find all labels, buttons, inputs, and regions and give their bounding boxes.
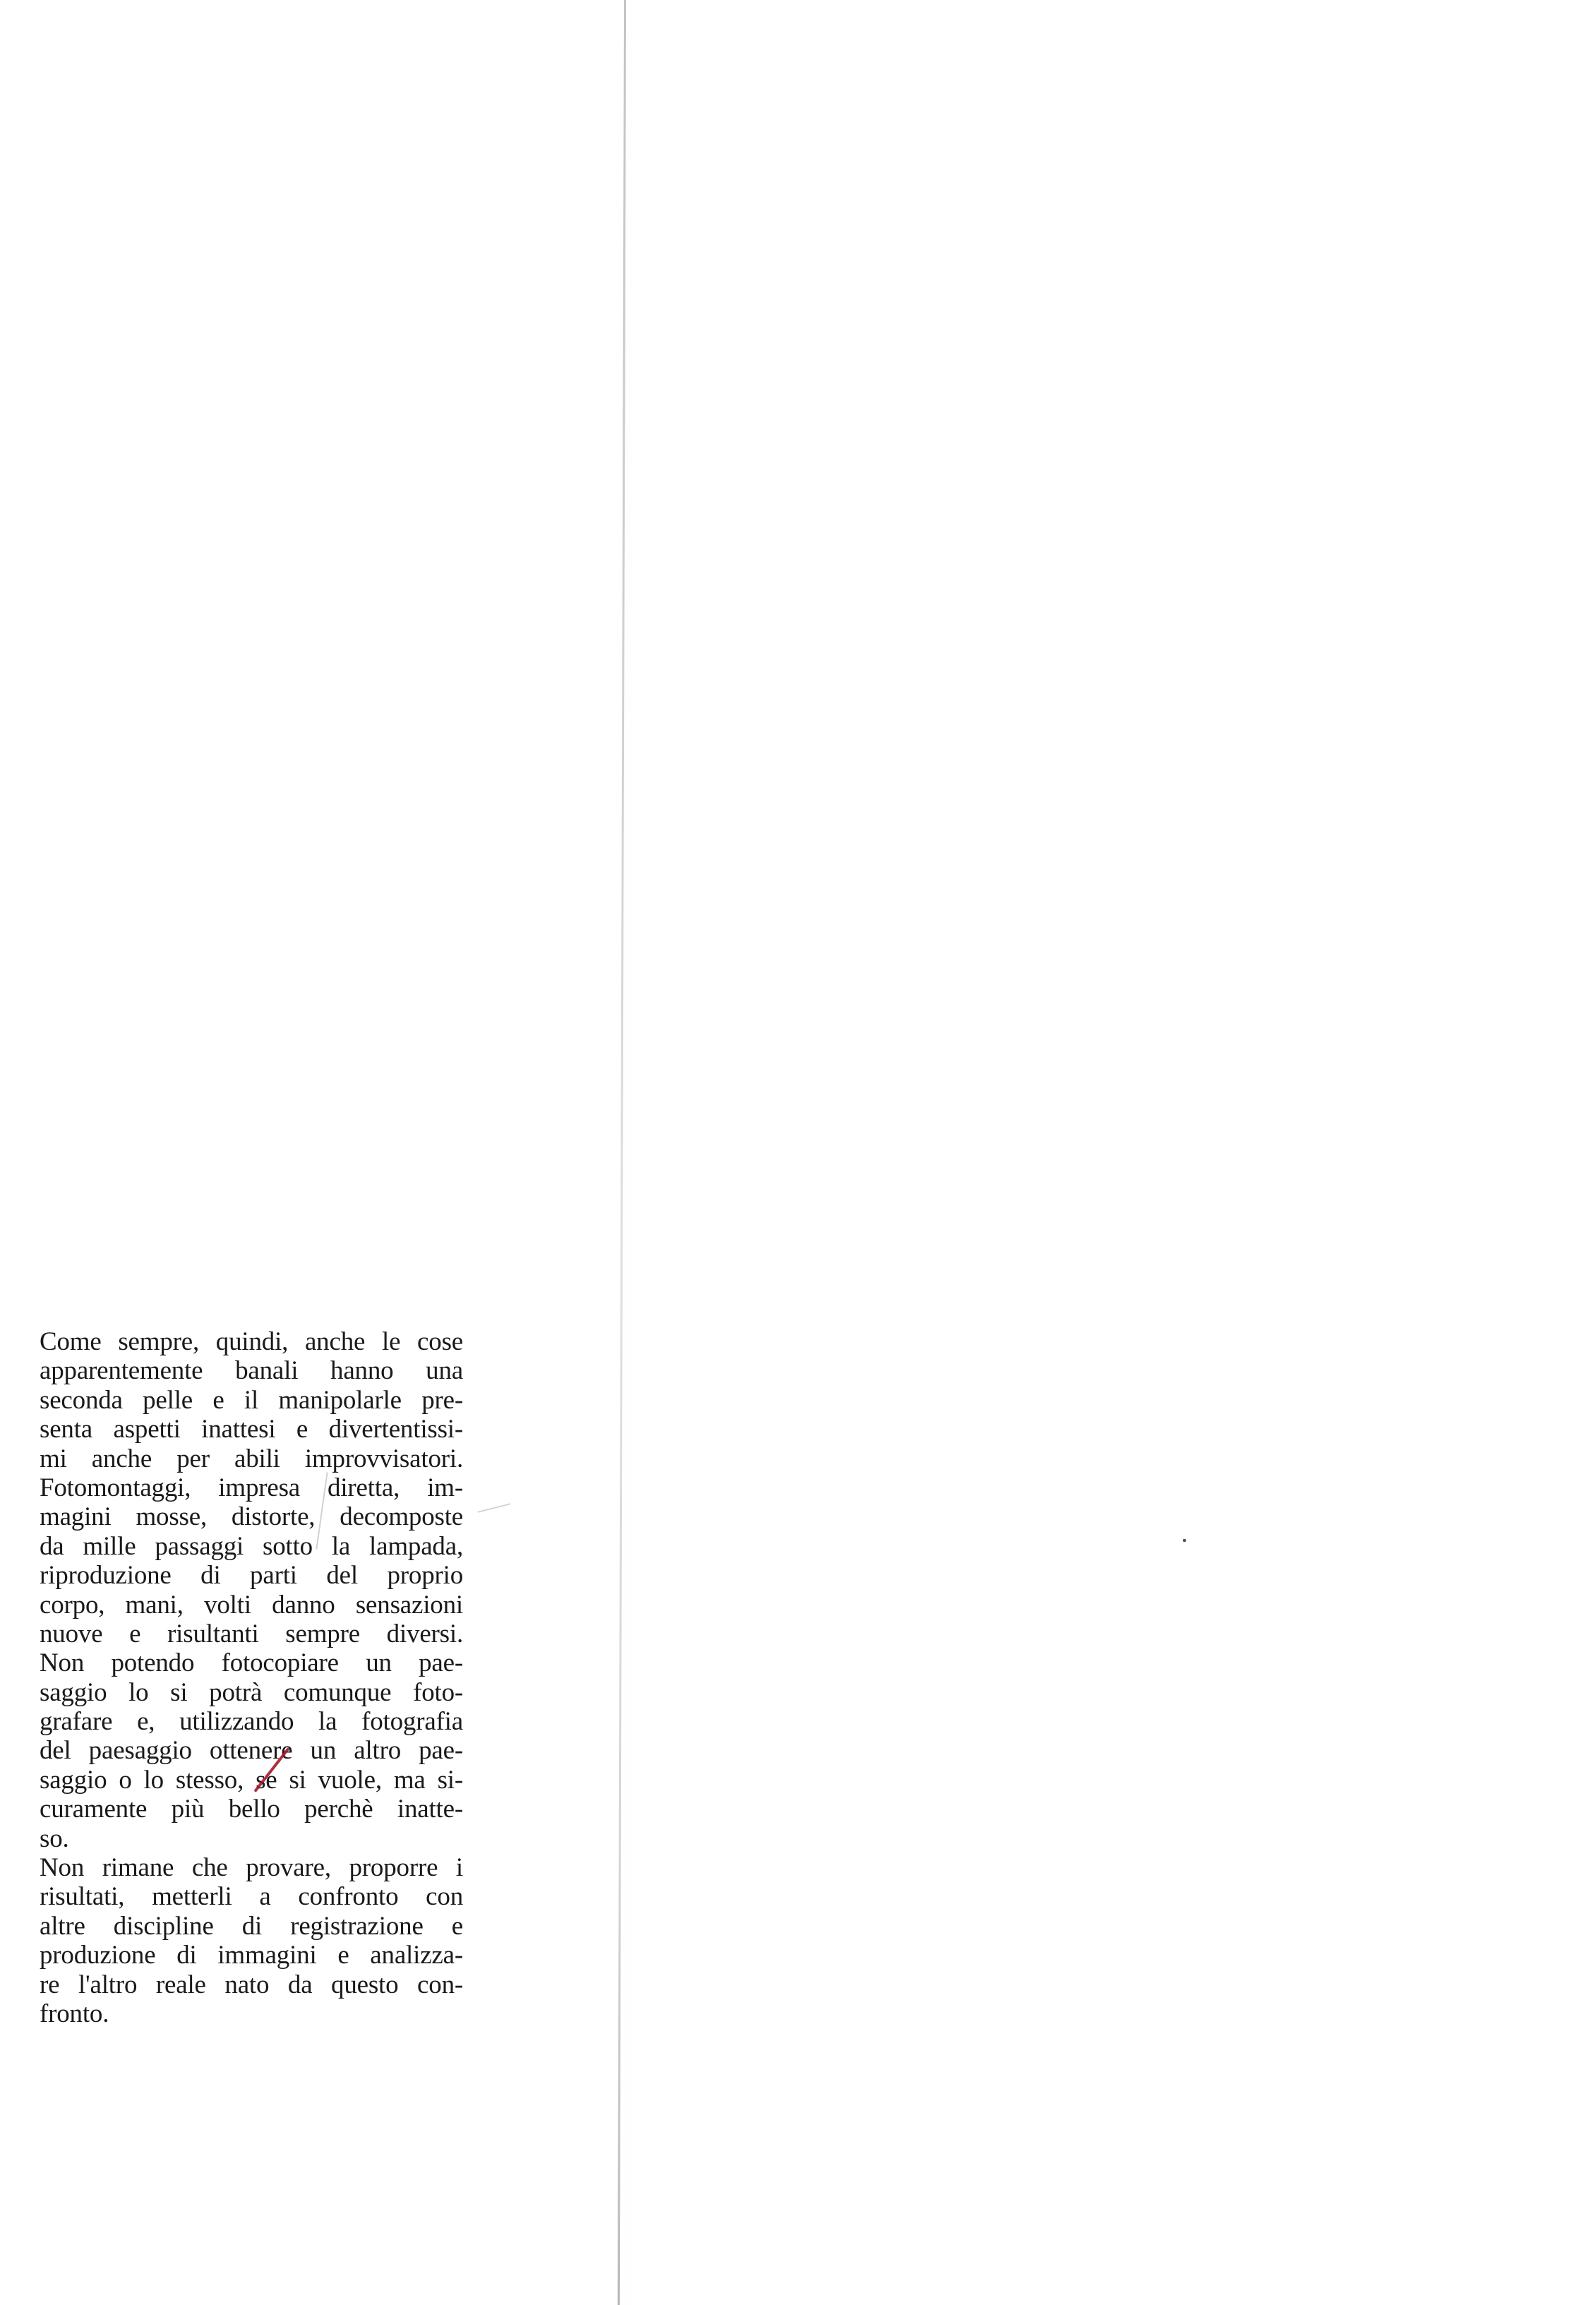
text-line: so. bbox=[40, 1824, 463, 1853]
text-line: nuove e risultanti sempre diversi. bbox=[40, 1620, 463, 1648]
text-line: re l'altro reale nato da questo con- bbox=[40, 1970, 463, 1999]
body-text-column: Come sempre, quindi, anche le cose appar… bbox=[40, 1327, 463, 2028]
text-line: corpo, mani, volti danno sensazioni bbox=[40, 1591, 463, 1620]
text-line: magini mosse, distorte, decomposte bbox=[40, 1502, 463, 1531]
text-line: fronto. bbox=[40, 1999, 463, 2028]
text-line: Fotomontaggi, impresa diretta, im- bbox=[40, 1473, 463, 1502]
text-line: del paesaggio ottenere un altro pae- bbox=[40, 1736, 463, 1765]
text-line: risultati, metterli a confronto con bbox=[40, 1882, 463, 1911]
text-line: Non rimane che provare, proporre i bbox=[40, 1853, 463, 1882]
text-line: Non potendo fotocopiare un pae- bbox=[40, 1648, 463, 1677]
text-line: Come sempre, quindi, anche le cose bbox=[40, 1327, 463, 1356]
scan-speck bbox=[1183, 1539, 1186, 1542]
text-line: da mille passaggi sotto la lampada, bbox=[40, 1532, 463, 1561]
paragraph-1: Come sempre, quindi, anche le cose appar… bbox=[40, 1327, 463, 1853]
paragraph-2: Non rimane che provare, proporre i risul… bbox=[40, 1853, 463, 2028]
text-line: grafare e, utilizzando la fotografia bbox=[40, 1707, 463, 1736]
text-line: mi anche per abili improvvisatori. bbox=[40, 1444, 463, 1473]
text-line: curamente più bello perchè inatte- bbox=[40, 1795, 463, 1824]
text-line: altre discipline di registrazione e bbox=[40, 1912, 463, 1941]
text-line: produzione di immagini e analizza- bbox=[40, 1941, 463, 1970]
text-line: senta aspetti inattesi e divertentissi- bbox=[40, 1415, 463, 1444]
text-line: saggio o lo stesso, se si vuole, ma si- bbox=[40, 1766, 463, 1795]
text-line: seconda pelle e il manipolarle pre- bbox=[40, 1386, 463, 1415]
text-line: saggio lo si potrà comunque foto- bbox=[40, 1678, 463, 1707]
text-line: apparentemente banali hanno una bbox=[40, 1356, 463, 1385]
text-line: riproduzione di parti del proprio bbox=[40, 1561, 463, 1590]
right-page bbox=[632, 0, 1596, 2305]
